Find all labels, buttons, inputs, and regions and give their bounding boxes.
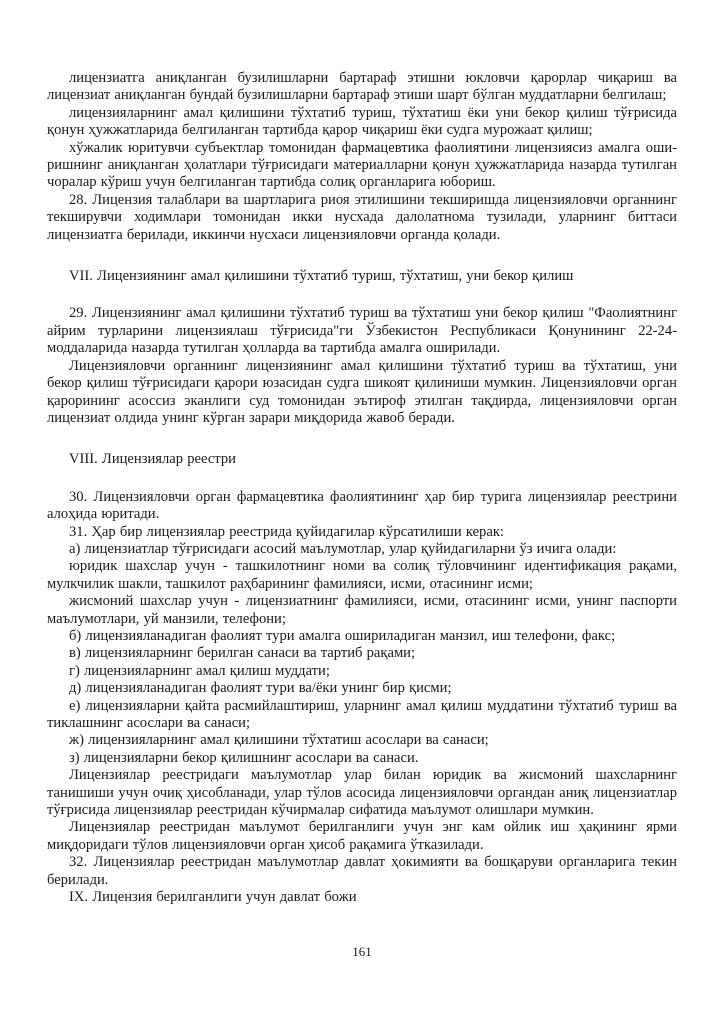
paragraph: а) лицензиатлар тўғрисидаги асосий маълу…: [47, 541, 677, 558]
paragraph: б) лицензияланадиган фаолият тури амалга…: [47, 628, 677, 645]
paragraph: 28. Лицензия талаблари ва шартларига рио…: [47, 192, 677, 244]
paragraph: Лицензиялар реестридаги маълумотлар улар…: [47, 767, 677, 819]
paragraph: Лицензияловчи органнинг лицензиянинг ама…: [47, 358, 677, 428]
page-number: 161: [0, 944, 724, 959]
paragraph: 31. Ҳар бир лицензиялар реестрида қуйида…: [47, 524, 677, 541]
paragraph: ж) лицензияларнинг амал қилишини тўхтати…: [47, 732, 677, 749]
paragraph: IX. Лицензия берилганлиги учун давлат бо…: [47, 889, 677, 906]
paragraph: 32. Лицензиялар реестридан маълумотлар д…: [47, 854, 677, 889]
document-page: лицензиатга аниқланган бузилишларни барт…: [0, 0, 724, 1024]
paragraph: хўжалик юритувчи субъектлар томонидан фа…: [47, 140, 677, 192]
paragraph: лицензияларнинг амал қилишини тўхтатиб т…: [47, 105, 677, 140]
paragraph: в) лицензияларнинг берилган санаси ва та…: [47, 645, 677, 662]
paragraph: е) лицензияларни қайта расмийлаштириш, у…: [47, 698, 677, 733]
document-body: лицензиатга аниқланган бузилишларни барт…: [47, 70, 677, 906]
paragraph: г) лицензияларнинг амал қилиш муддати;: [47, 663, 677, 680]
section-heading: VIII. Лицензиялар реестри: [47, 451, 677, 468]
paragraph: з) лицензияларни бекор қилишнинг асослар…: [47, 750, 677, 767]
section-heading: VII. Лицензиянинг амал қилишини тўхтатиб…: [47, 268, 677, 285]
paragraph: юридик шахслар учун - ташкилотнинг номи …: [47, 558, 677, 593]
paragraph: лицензиатга аниқланган бузилишларни барт…: [47, 70, 677, 105]
paragraph: Лицензиялар реестридан маълумот берилган…: [47, 819, 677, 854]
paragraph: жисмоний шахслар учун - лицензиатнинг фа…: [47, 593, 677, 628]
paragraph: 30. Лицензияловчи орган фармацевтика фао…: [47, 489, 677, 524]
paragraph: 29. Лицензиянинг амал қилишини тўхтатиб …: [47, 305, 677, 357]
paragraph: д) лицензияланадиган фаолият тури ва/ёки…: [47, 680, 677, 697]
